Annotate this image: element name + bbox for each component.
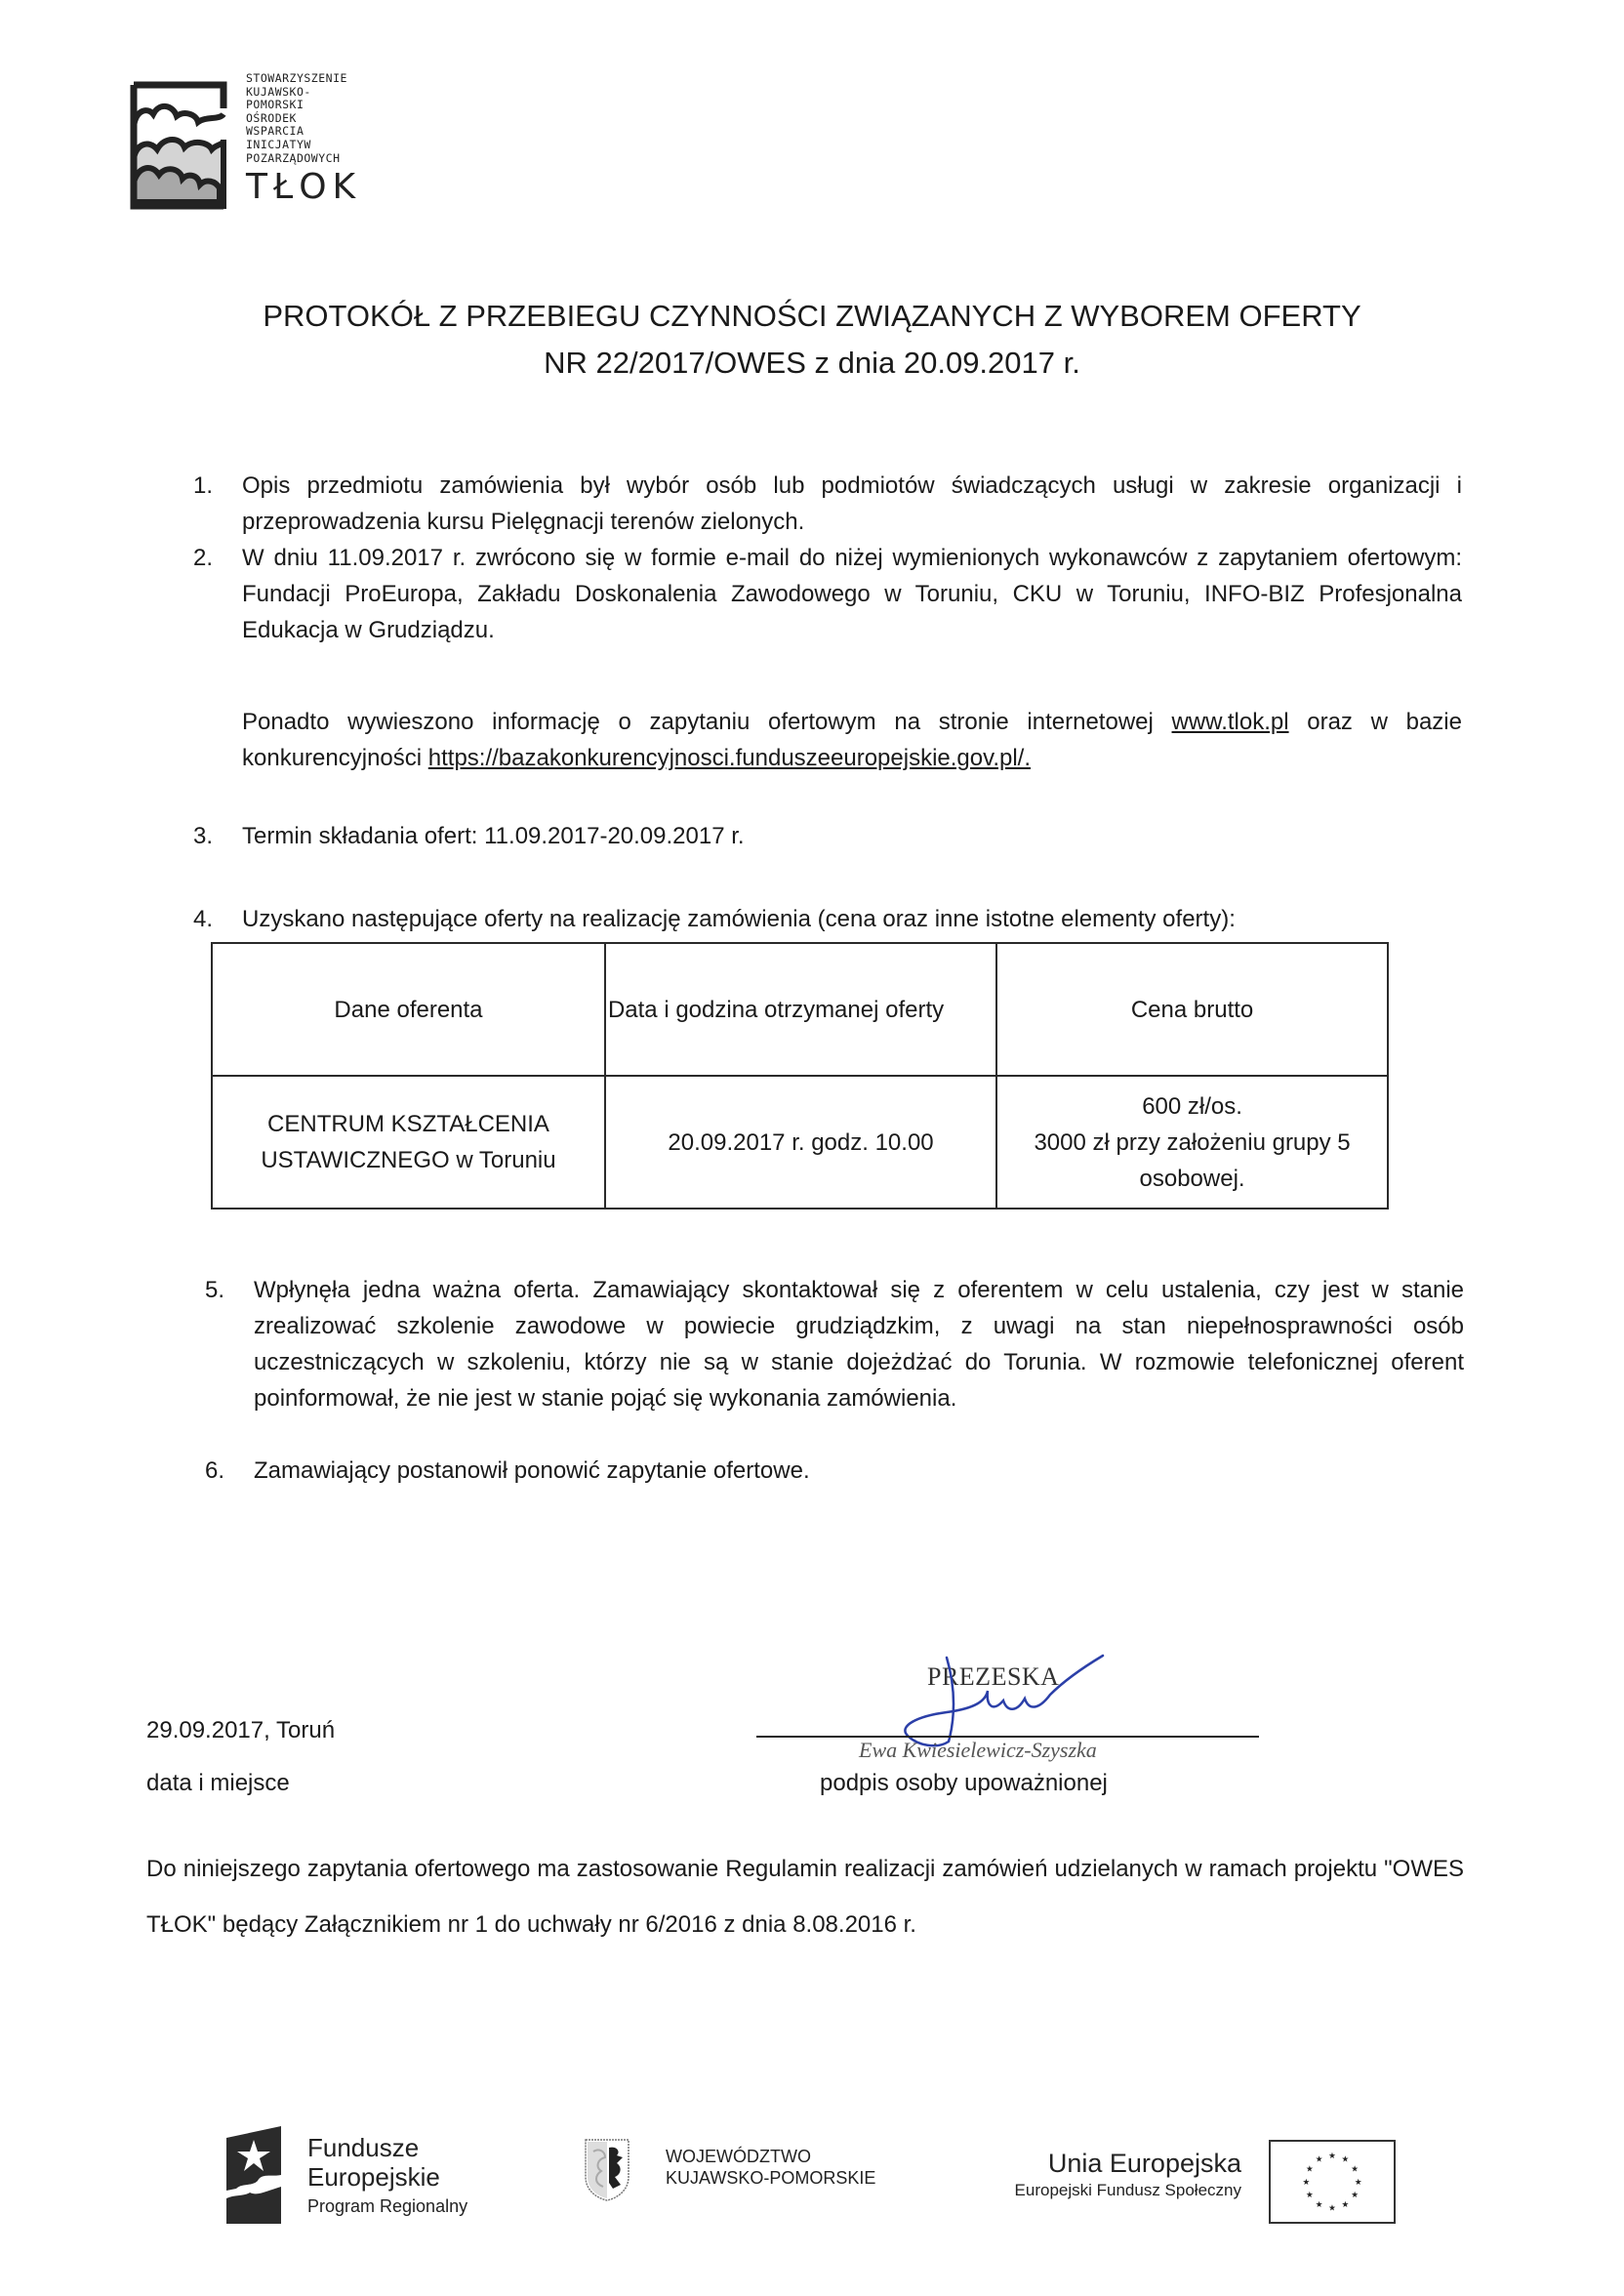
svg-text:★: ★ <box>1302 2177 1310 2187</box>
svg-text:★: ★ <box>1328 2203 1336 2213</box>
offeror-line: CENTRUM KSZTAŁCENIA <box>217 1106 600 1142</box>
date-place-value: 29.09.2017, Toruń <box>146 1716 335 1745</box>
list-item: 3. Termin składania ofert: 11.09.2017-20… <box>193 818 1462 854</box>
organization-name: Stowarzyszenie Kujawsko- Pomorski Ośrode… <box>246 72 361 207</box>
list-item: 5. Wpłynęła jedna ważna oferta. Zamawiaj… <box>205 1272 1464 1416</box>
cell-received: 20.09.2017 r. godz. 10.00 <box>605 1076 996 1209</box>
region-text: WOJEWÓDZTWO KUJAWSKO-POMORSKIE <box>666 2146 875 2189</box>
list-number: 2. <box>193 540 213 576</box>
title-line-2: NR 22/2017/OWES z dnia 20.09.2017 r. <box>0 340 1624 387</box>
date-place-label: data i miejsce <box>146 1769 290 1798</box>
price-line: 600 zł/os. <box>1001 1088 1383 1125</box>
price-line: 3000 zł przy założeniu grupy 5 <box>1001 1125 1383 1161</box>
fundusze-europejskie-logo-icon <box>223 2126 285 2224</box>
table-header-row: Dane oferenta Data i godzina otrzymanej … <box>212 943 1388 1076</box>
svg-text:★: ★ <box>1341 2154 1349 2164</box>
stamp-name: Ewa Kwiesielewicz-Szyszka <box>859 1738 1097 1763</box>
list-number: 1. <box>193 468 213 504</box>
list-text: Opis przedmiotu zamówienia był wybór osó… <box>242 468 1462 540</box>
region-line: KUJAWSKO-POMORSKIE <box>666 2167 875 2189</box>
handwritten-signature-icon <box>878 1652 1142 1749</box>
fundusze-europejskie-text: Fundusze Europejskie Program Regionalny <box>307 2133 467 2218</box>
price-line: osobowej. <box>1001 1161 1383 1197</box>
fe-line: Fundusze <box>307 2133 467 2162</box>
list-number: 6. <box>205 1453 224 1489</box>
coat-of-arms-icon <box>584 2138 630 2202</box>
org-line: Wsparcia <box>246 125 361 139</box>
svg-text:★: ★ <box>1351 2190 1359 2199</box>
fe-line: Europejskie <box>307 2162 467 2192</box>
list-text: Zamawiający postanowił ponowić zapytanie… <box>254 1453 1474 1489</box>
header-price: Cena brutto <box>996 943 1388 1076</box>
baza-konkurencyjnosci-link[interactable]: https://bazakonkurencyjnosci.funduszeeur… <box>428 745 1031 771</box>
region-line: WOJEWÓDZTWO <box>666 2146 875 2167</box>
eu-text: Unia Europejska Europejski Fundusz Społe… <box>937 2148 1241 2202</box>
svg-text:★: ★ <box>1306 2190 1314 2199</box>
org-line: Kujawsko- <box>246 86 361 100</box>
list-item: 6. Zamawiający postanowił ponowić zapyta… <box>205 1453 1474 1489</box>
publicity-paragraph: Ponadto wywieszono informację o zapytani… <box>242 704 1462 776</box>
regulation-note: Do niniejszego zapytania ofertowego ma z… <box>146 1841 1464 1952</box>
org-line: Pomorski <box>246 99 361 112</box>
publicity-text: Ponadto wywieszono informację o zapytani… <box>242 709 1172 735</box>
svg-text:★: ★ <box>1316 2154 1323 2164</box>
list-text: Wpłynęła jedna ważna oferta. Zamawiający… <box>254 1272 1464 1416</box>
list-number: 5. <box>205 1272 224 1308</box>
title-line-1: PROTOKÓŁ Z PRZEBIEGU CZYNNOŚCI ZWIĄZANYC… <box>0 293 1624 340</box>
tlok-logo-icon <box>130 81 227 210</box>
header-received: Data i godzina otrzymanej oferty <box>605 943 996 1076</box>
org-line: Ośrodek <box>246 112 361 126</box>
svg-text:★: ★ <box>1355 2177 1362 2187</box>
table-row: CENTRUM KSZTAŁCENIA USTAWICZNEGO w Torun… <box>212 1076 1388 1209</box>
cell-price: 600 zł/os. 3000 zł przy założeniu grupy … <box>996 1076 1388 1209</box>
fe-line: Program Regionalny <box>307 2194 467 2218</box>
list-item: 2. W dniu 11.09.2017 r. zwrócono się w f… <box>193 540 1462 648</box>
svg-text:★: ★ <box>1341 2199 1349 2209</box>
list-item: 4. Uzyskano następujące oferty na realiz… <box>193 901 1462 937</box>
svg-text:★: ★ <box>1316 2199 1323 2209</box>
list-number: 4. <box>193 901 213 937</box>
eu-flag-icon: ★★★★★★★★★★★★ <box>1269 2140 1396 2224</box>
tlok-website-link[interactable]: www.tlok.pl <box>1172 709 1289 735</box>
document-title: PROTOKÓŁ Z PRZEBIEGU CZYNNOŚCI ZWIĄZANYC… <box>0 293 1624 387</box>
header-offeror: Dane oferenta <box>212 943 605 1076</box>
signature-label: podpis osoby upoważnionej <box>820 1769 1108 1798</box>
list-number: 3. <box>193 818 213 854</box>
list-text: W dniu 11.09.2017 r. zwrócono się w form… <box>242 540 1462 648</box>
org-line: Pozarządowych <box>246 152 361 166</box>
eu-line: Unia Europejska <box>937 2148 1241 2179</box>
svg-text:★: ★ <box>1328 2151 1336 2160</box>
org-line: Inicjatyw <box>246 139 361 152</box>
org-short-name: TŁOK <box>246 168 361 207</box>
offers-table: Dane oferenta Data i godzina otrzymanej … <box>211 942 1389 1209</box>
list-text: Uzyskano następujące oferty na realizacj… <box>242 901 1462 937</box>
list-text: Termin składania ofert: 11.09.2017-20.09… <box>242 818 1462 854</box>
list-item: 1. Opis przedmiotu zamówienia był wybór … <box>193 468 1462 540</box>
cell-offeror: CENTRUM KSZTAŁCENIA USTAWICZNEGO w Torun… <box>212 1076 605 1209</box>
svg-text:★: ★ <box>1306 2164 1314 2174</box>
org-line: Stowarzyszenie <box>246 72 361 86</box>
svg-text:★: ★ <box>1351 2164 1359 2174</box>
eu-line: Europejski Fundusz Społeczny <box>937 2179 1241 2202</box>
offeror-line: USTAWICZNEGO w Toruniu <box>217 1142 600 1178</box>
